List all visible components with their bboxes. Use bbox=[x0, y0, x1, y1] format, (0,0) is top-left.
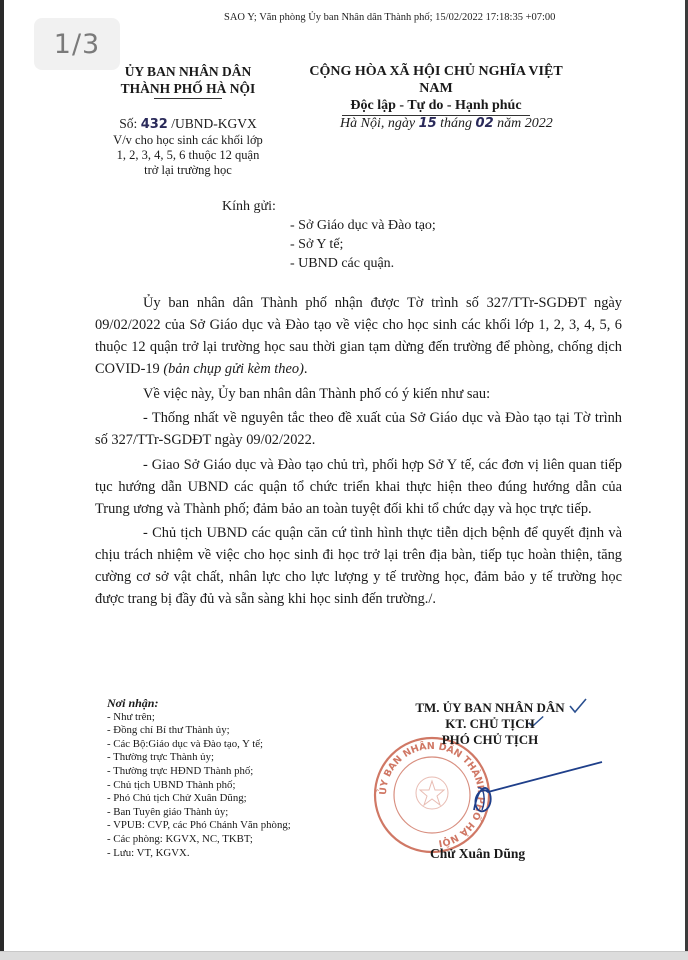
issuing-organization: ỦY BAN NHÂN DÂN THÀNH PHỐ HÀ NỘI bbox=[88, 63, 288, 99]
signature-line-2: KT. CHỦ TỊCH bbox=[395, 716, 585, 732]
recipient-item: - Sở Y tế; bbox=[290, 235, 436, 254]
distribution-item: - Như trên; bbox=[107, 711, 291, 725]
signer-name: Chử Xuân Dũng bbox=[430, 846, 525, 862]
year-label: năm 2022 bbox=[497, 116, 553, 131]
photo-edge-left bbox=[0, 0, 4, 960]
subject-line: V/v cho học sinh các khối lớp bbox=[88, 133, 288, 148]
nation-line-1: CỘNG HÒA XÃ HỘI CHỦ NGHĨA VIỆT NAM bbox=[296, 63, 576, 97]
distribution-item: - VPUB: CVP, các Phó Chánh Văn phòng; bbox=[107, 819, 291, 833]
doc-number-suffix: /UBND-KGVX bbox=[171, 116, 257, 131]
recipients-list: - Sở Giáo dục và Đào tạo; - Sở Y tế; - U… bbox=[290, 216, 436, 273]
signature-line-3: PHÓ CHỦ TỊCH bbox=[395, 732, 585, 748]
distribution-title: Nơi nhận: bbox=[107, 697, 291, 711]
doc-number-prefix: Số: bbox=[119, 116, 137, 131]
distribution-item: - Đồng chí Bí thư Thành ủy; bbox=[107, 724, 291, 738]
month-label: tháng bbox=[440, 116, 472, 131]
distribution-item: - Chủ tịch UBND Thành phố; bbox=[107, 779, 291, 793]
distribution-item: - Phó Chủ tịch Chử Xuân Dũng; bbox=[107, 792, 291, 806]
body-paragraph-1: Ủy ban nhân dân Thành phố nhận được Tờ t… bbox=[95, 292, 622, 380]
place-and-date: Hà Nội, ngày 15 tháng 02 năm 2022 bbox=[340, 116, 553, 132]
handwritten-month: 02 bbox=[476, 116, 494, 131]
org-line-2: THÀNH PHỐ HÀ NỘI bbox=[88, 80, 288, 97]
body-paragraph-2: Về việc này, Ủy ban nhân dân Thành phố c… bbox=[95, 383, 622, 405]
body-paragraph-4: - Giao Sở Giáo dục và Đào tạo chủ trì, p… bbox=[95, 454, 622, 520]
distribution-item: - Các phòng: KGVX, NC, TKBT; bbox=[107, 833, 291, 847]
handwritten-signature-icon bbox=[470, 752, 610, 822]
signature-line-1: TM. ỦY BAN NHÂN DÂN bbox=[395, 700, 585, 716]
distribution-item: - Các Bộ:Giáo dục và Đào tạo, Y tế; bbox=[107, 738, 291, 752]
document-subject: V/v cho học sinh các khối lớp 1, 2, 3, 4… bbox=[88, 133, 288, 178]
org-line-1: ỦY BAN NHÂN DÂN bbox=[88, 63, 288, 80]
recipient-item: - UBND các quận. bbox=[290, 254, 436, 273]
distribution-item: - Thường trực HĐND Thành phố; bbox=[107, 765, 291, 779]
body-paragraph-3: - Thống nhất về nguyên tắc theo đề xuất … bbox=[95, 407, 622, 451]
national-motto: Độc lập - Tự do - Hạnh phúc bbox=[296, 97, 576, 114]
copy-certification-stamp: SAO Y; Văn phòng Ủy ban Nhân dân Thành p… bbox=[224, 12, 555, 23]
place-prefix: Hà Nội, ngày bbox=[340, 116, 415, 131]
signature-block: TM. ỦY BAN NHÂN DÂN KT. CHỦ TỊCH PHÓ CHỦ… bbox=[395, 700, 585, 748]
document-photo: 1/3 SAO Y; Văn phòng Ủy ban Nhân dân Thà… bbox=[0, 0, 688, 960]
distribution-item: - Ban Tuyên giáo Thành ủy; bbox=[107, 806, 291, 820]
handwritten-day: 15 bbox=[419, 116, 437, 131]
recipient-item: - Sở Giáo dục và Đào tạo; bbox=[290, 216, 436, 235]
attachment-note: (bản chụp gửi kèm theo) bbox=[163, 361, 304, 377]
subject-line: trở lại trường học bbox=[88, 163, 288, 178]
national-title: CỘNG HÒA XÃ HỘI CHỦ NGHĨA VIỆT NAM Độc l… bbox=[296, 63, 576, 116]
handwritten-number: 432 bbox=[141, 117, 168, 132]
body-paragraph-5: - Chủ tịch UBND các quận căn cứ tình hìn… bbox=[95, 522, 622, 610]
org-underline bbox=[154, 98, 222, 99]
distribution-item: - Lưu: VT, KGVX. bbox=[107, 847, 291, 861]
distribution-list: Nơi nhận: - Như trên; - Đồng chí Bí thư … bbox=[107, 697, 291, 860]
subject-line: 1, 2, 3, 4, 5, 6 thuộc 12 quận bbox=[88, 148, 288, 163]
document-number: Số: 432 /UBND-KGVX bbox=[88, 116, 288, 132]
photo-edge-bottom bbox=[0, 951, 688, 960]
distribution-item: - Thường trực Thành ủy; bbox=[107, 751, 291, 765]
document-body: Ủy ban nhân dân Thành phố nhận được Tờ t… bbox=[95, 292, 622, 613]
recipients-label: Kính gửi: bbox=[222, 199, 276, 215]
